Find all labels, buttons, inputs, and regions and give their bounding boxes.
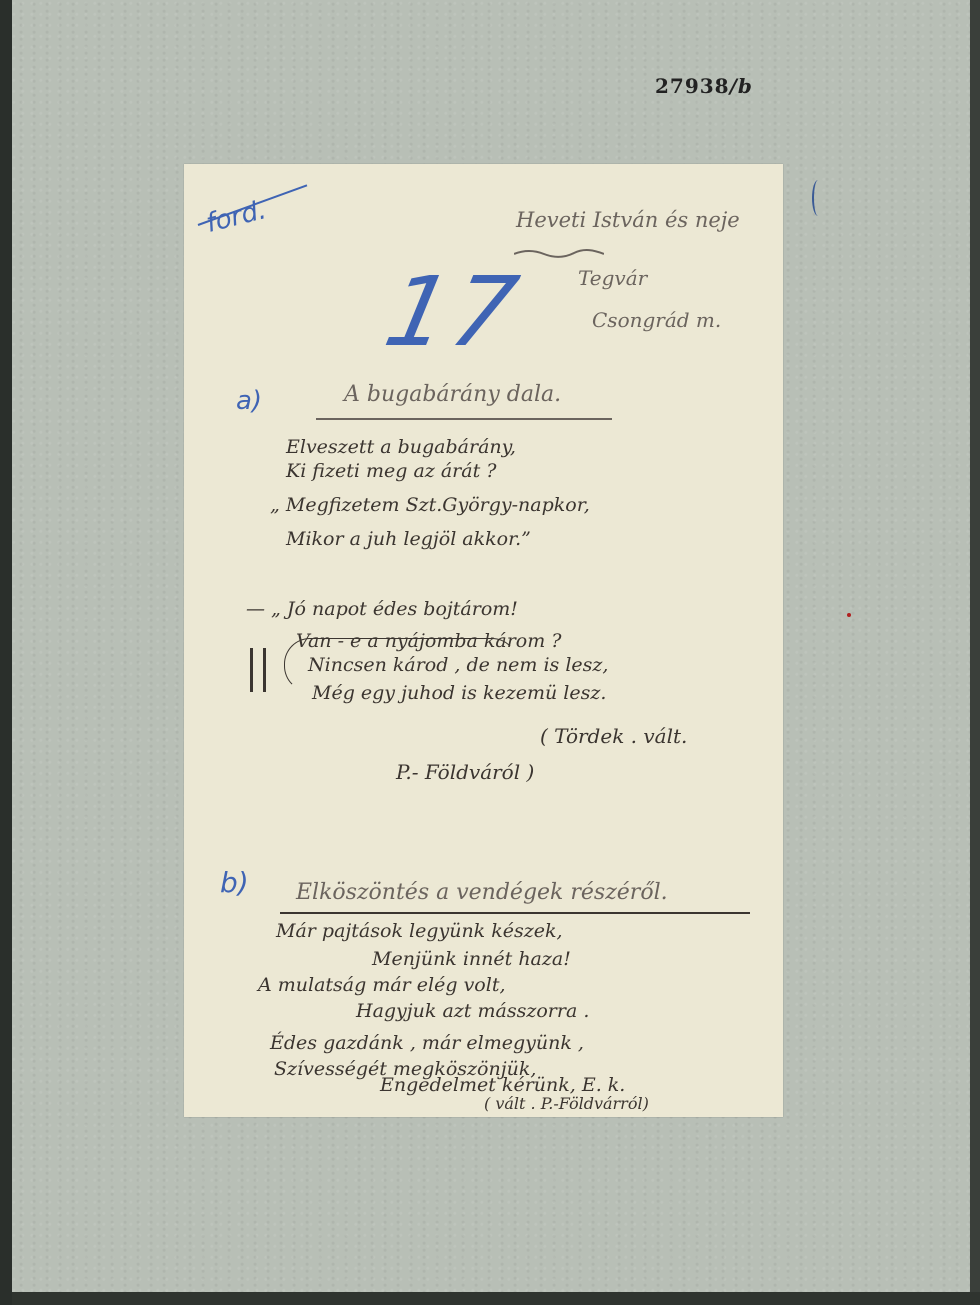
wavy-underline-icon: [514, 248, 604, 258]
archive-number-suffix: /b: [730, 74, 753, 98]
song-b-line: Menjünk innét haza!: [372, 948, 571, 970]
song-a-line: Még egy juhod is kezemü lesz.: [312, 682, 606, 704]
manuscript-sheet: ford. 17 Heveti István és neje Tegvár Cs…: [184, 164, 783, 1117]
song-a-line: Elveszett a bugabárány,: [286, 436, 516, 458]
section-b-title-underline: [280, 912, 750, 914]
repeat-mark: [250, 648, 266, 692]
section-a-title: A bugabárány dala.: [344, 382, 561, 407]
song-b-line: Engedelmet kérünk, E. k.: [380, 1074, 625, 1096]
collector-county: Csongrád m.: [592, 308, 721, 332]
collector-name: Heveti István és neje: [516, 208, 740, 232]
section-a-label: a): [236, 386, 262, 416]
section-b-title: Elköszöntés a vendégek részéről.: [296, 880, 668, 905]
song-b-line: Már pajtások legyünk készek,: [276, 920, 563, 942]
song-a-line: „ Megfizetem Szt.György-napkor,: [270, 494, 590, 516]
song-a-line: Nincsen károd , de nem is lesz,: [308, 654, 608, 676]
section-a-source: ( Tördek . vált.: [540, 724, 687, 748]
song-b-line: Édes gazdánk , már elmegyünk ,: [270, 1032, 584, 1054]
archive-number: 27938/b: [655, 74, 753, 98]
section-b-label: b): [220, 866, 249, 899]
song-a-line: Ki fizeti meg az árát ?: [286, 460, 496, 482]
section-b-source: ( vált . P.-Földvárról): [484, 1094, 649, 1113]
scan-left-border: [0, 0, 12, 1305]
song-b-line: A mulatság már elég volt,: [258, 974, 506, 996]
scan-bottom-border: [12, 1292, 980, 1305]
archive-number-main: 27938: [655, 74, 730, 98]
collector-place: Tegvár: [578, 266, 647, 290]
song-b-line: Hagyjuk azt másszorra .: [356, 1000, 589, 1022]
song-a-line: Mikor a juh legjöl akkor.”: [286, 528, 531, 550]
section-a-title-underline: [316, 418, 612, 420]
item-number: 17: [376, 256, 530, 368]
scan-right-border: [970, 0, 980, 1305]
red-ink-speck: [847, 613, 851, 617]
song-a-line: — „ Jó napot édes bojtárom!: [246, 598, 518, 620]
section-a-source: P.- Földváról ): [396, 760, 534, 784]
blue-pencil-mark: [812, 180, 824, 216]
